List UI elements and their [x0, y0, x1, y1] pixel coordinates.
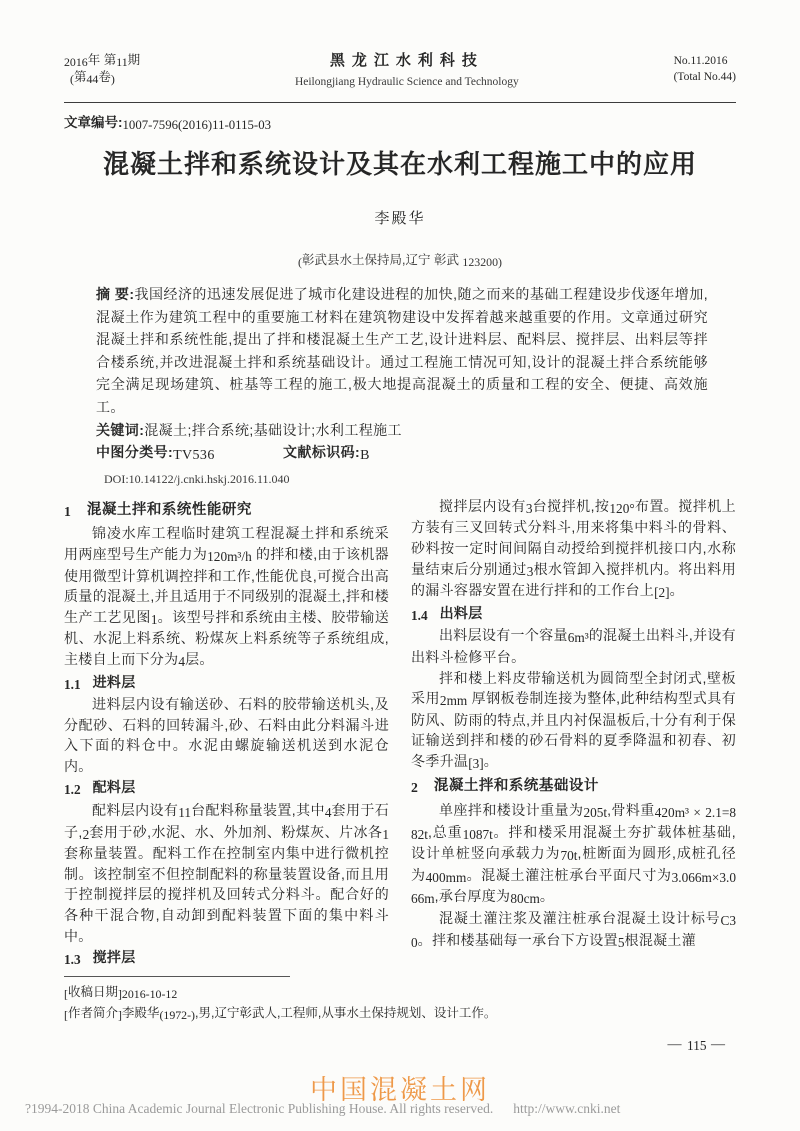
abstract-text: 我国经济的迅速发展促进了城市化建设进程的加快,随之而来的基础工程建设步伐逐年增加… — [96, 286, 708, 415]
paper-title: 混凝土拌和系统设计及其在水利工程施工中的应用 — [64, 147, 736, 181]
issue-info: 2016年 第11期 (第44卷) — [64, 52, 140, 86]
journal-header: 2016年 第11期 (第44卷) 黑龙江水利科技 Heilongjiang H… — [64, 52, 736, 98]
section-number: 1.4 — [411, 605, 428, 621]
author-bio-line: [作者简介]李殿华(1972-),男,辽宁彰武人,工程师,从事水土保持规划、设计… — [64, 1003, 736, 1024]
issue-line: 2016年 第11期 — [64, 52, 140, 69]
section-title: 混凝土拌和系统基础设计 — [434, 778, 599, 794]
section-heading: 1.2配料层 — [64, 777, 389, 799]
paragraph: 拌和楼上料皮带输送机为圆筒型全封闭式,壁板采用2mm 厚钢板卷制连接为整体,此种… — [411, 668, 736, 773]
paragraph: 进料层内设有输送砂、石料的胶带输送机头,及分配砂、石料的回转漏斗,砂、石料由此分… — [64, 694, 389, 776]
doc-code-value: B — [360, 448, 370, 463]
section-heading: 1.3搅拌层 — [64, 947, 389, 969]
paragraph: 配料层内设有11台配料称量装置,其中4套用于石子,2套用于砂,水泥、水、外加剂、… — [64, 800, 389, 946]
footnote-divider — [64, 976, 290, 977]
journal-name-cn: 黑龙江水利科技 — [140, 52, 673, 70]
left-column: 1混凝土拌和系统性能研究锦凌水库工程临时建筑工程混凝土拌和系统采用两座型号生产能… — [64, 496, 389, 970]
doc-code-label: 文献标识码: — [283, 444, 360, 460]
journal-name-en: Heilongjiang Hydraulic Science and Techn… — [140, 76, 673, 88]
classification-line: 中图分类号:TV536 文献标识码:B — [96, 441, 708, 466]
section-title: 搅拌层 — [93, 949, 136, 965]
section-heading: 2混凝土拌和系统基础设计 — [411, 776, 736, 797]
author-bio-label: [作者简介] — [64, 1006, 122, 1022]
received-date-label: [收稿日期] — [64, 985, 122, 1001]
issue-no-line: No.11.2016 — [674, 53, 736, 69]
article-number: 文章编号:1007-7596(2016)11-0115-03 — [64, 111, 736, 131]
paragraph: 混凝土灌注浆及灌注桩承台混凝土设计标号C30。拌和楼基础每一承台下方设置5根混凝… — [411, 908, 736, 951]
doi: DOI:10.14122/j.cnki.hskj.2016.11.040 — [104, 472, 736, 487]
section-number: 1.3 — [64, 949, 81, 965]
author-affiliation: (彰武县水土保持局,辽宁 彰武 123200) — [64, 250, 736, 268]
page-number: — 115 — — [64, 1036, 736, 1053]
paragraph: 锦凌水库工程临时建筑工程混凝土拌和系统采用两座型号生产能力为120m³/h 的拌… — [64, 523, 389, 670]
volume-line: (第44卷) — [64, 69, 140, 86]
copyright-text: ?1994-2018 China Academic Journal Electr… — [25, 1101, 493, 1116]
keywords-text: 混凝土;拌合系统;基础设计;水利工程施工 — [144, 422, 402, 438]
abstract-label: 摘 要: — [96, 286, 134, 302]
abstract: 摘 要:我国经济的迅速发展促进了城市化建设进程的加快,随之而来的基础工程建设步伐… — [96, 283, 708, 419]
author-name: 李殿华 — [64, 207, 736, 228]
journal-name: 黑龙江水利科技 Heilongjiang Hydraulic Science a… — [140, 52, 673, 88]
issue-number-en: No.11.2016 (Total No.44) — [674, 52, 736, 85]
clc-label: 中图分类号: — [96, 444, 173, 460]
section-title: 配料层 — [93, 779, 136, 795]
received-date-value: 2016-10-12 — [122, 987, 177, 1001]
footnote-block: [收稿日期]2016-10-12 [作者简介]李殿华(1972-),男,辽宁彰武… — [64, 976, 736, 1024]
right-column: 搅拌层内设有3台搅拌机,按120°布置。搅拌机上方装有三叉回转式分料斗,用来将集… — [411, 496, 736, 970]
section-number: 2 — [411, 778, 418, 794]
keywords-line: 关键词:混凝土;拌合系统;基础设计;水利工程施工 — [96, 419, 708, 442]
section-heading: 1.4出料层 — [411, 603, 736, 625]
paragraph: 搅拌层内设有3台搅拌机,按120°布置。搅拌机上方装有三叉回转式分料斗,用来将集… — [411, 496, 736, 602]
section-title: 进料层 — [93, 674, 136, 690]
author-bio-text: 李殿华(1972-),男,辽宁彰武人,工程师,从事水土保持规划、设计工作。 — [122, 1006, 497, 1022]
paragraph: 单座拌和楼设计重量为205t,骨料重420m³ × 2.1=882t,总重108… — [411, 800, 736, 908]
section-title: 混凝土拌和系统性能研究 — [87, 502, 252, 518]
keywords-label: 关键词: — [96, 422, 144, 438]
journal-page: 2016年 第11期 (第44卷) 黑龙江水利科技 Heilongjiang H… — [0, 0, 800, 1131]
copyright-line: ?1994-2018 China Academic Journal Electr… — [25, 1101, 620, 1117]
article-body: 1混凝土拌和系统性能研究锦凌水库工程临时建筑工程混凝土拌和系统采用两座型号生产能… — [64, 496, 736, 970]
article-number-label: 文章编号: — [64, 115, 123, 130]
section-number: 1.2 — [64, 779, 81, 795]
clc-value: TV536 — [173, 448, 215, 463]
section-number: 1 — [64, 502, 71, 518]
article-number-value: 1007-7596(2016)11-0115-03 — [123, 115, 272, 130]
section-heading: 1混凝土拌和系统性能研究 — [64, 500, 389, 521]
section-number: 1.1 — [64, 674, 81, 690]
cnki-url: http://www.cnki.net — [513, 1101, 620, 1116]
paragraph: 出料层设有一个容量6m³的混凝土出料斗,并设有出料斗检修平台。 — [411, 625, 736, 667]
header-divider — [64, 102, 736, 103]
section-heading: 1.1进料层 — [64, 672, 389, 694]
section-title: 出料层 — [440, 605, 483, 621]
received-date-line: [收稿日期]2016-10-12 — [64, 982, 736, 1003]
total-no-line: (Total No.44) — [674, 69, 736, 85]
